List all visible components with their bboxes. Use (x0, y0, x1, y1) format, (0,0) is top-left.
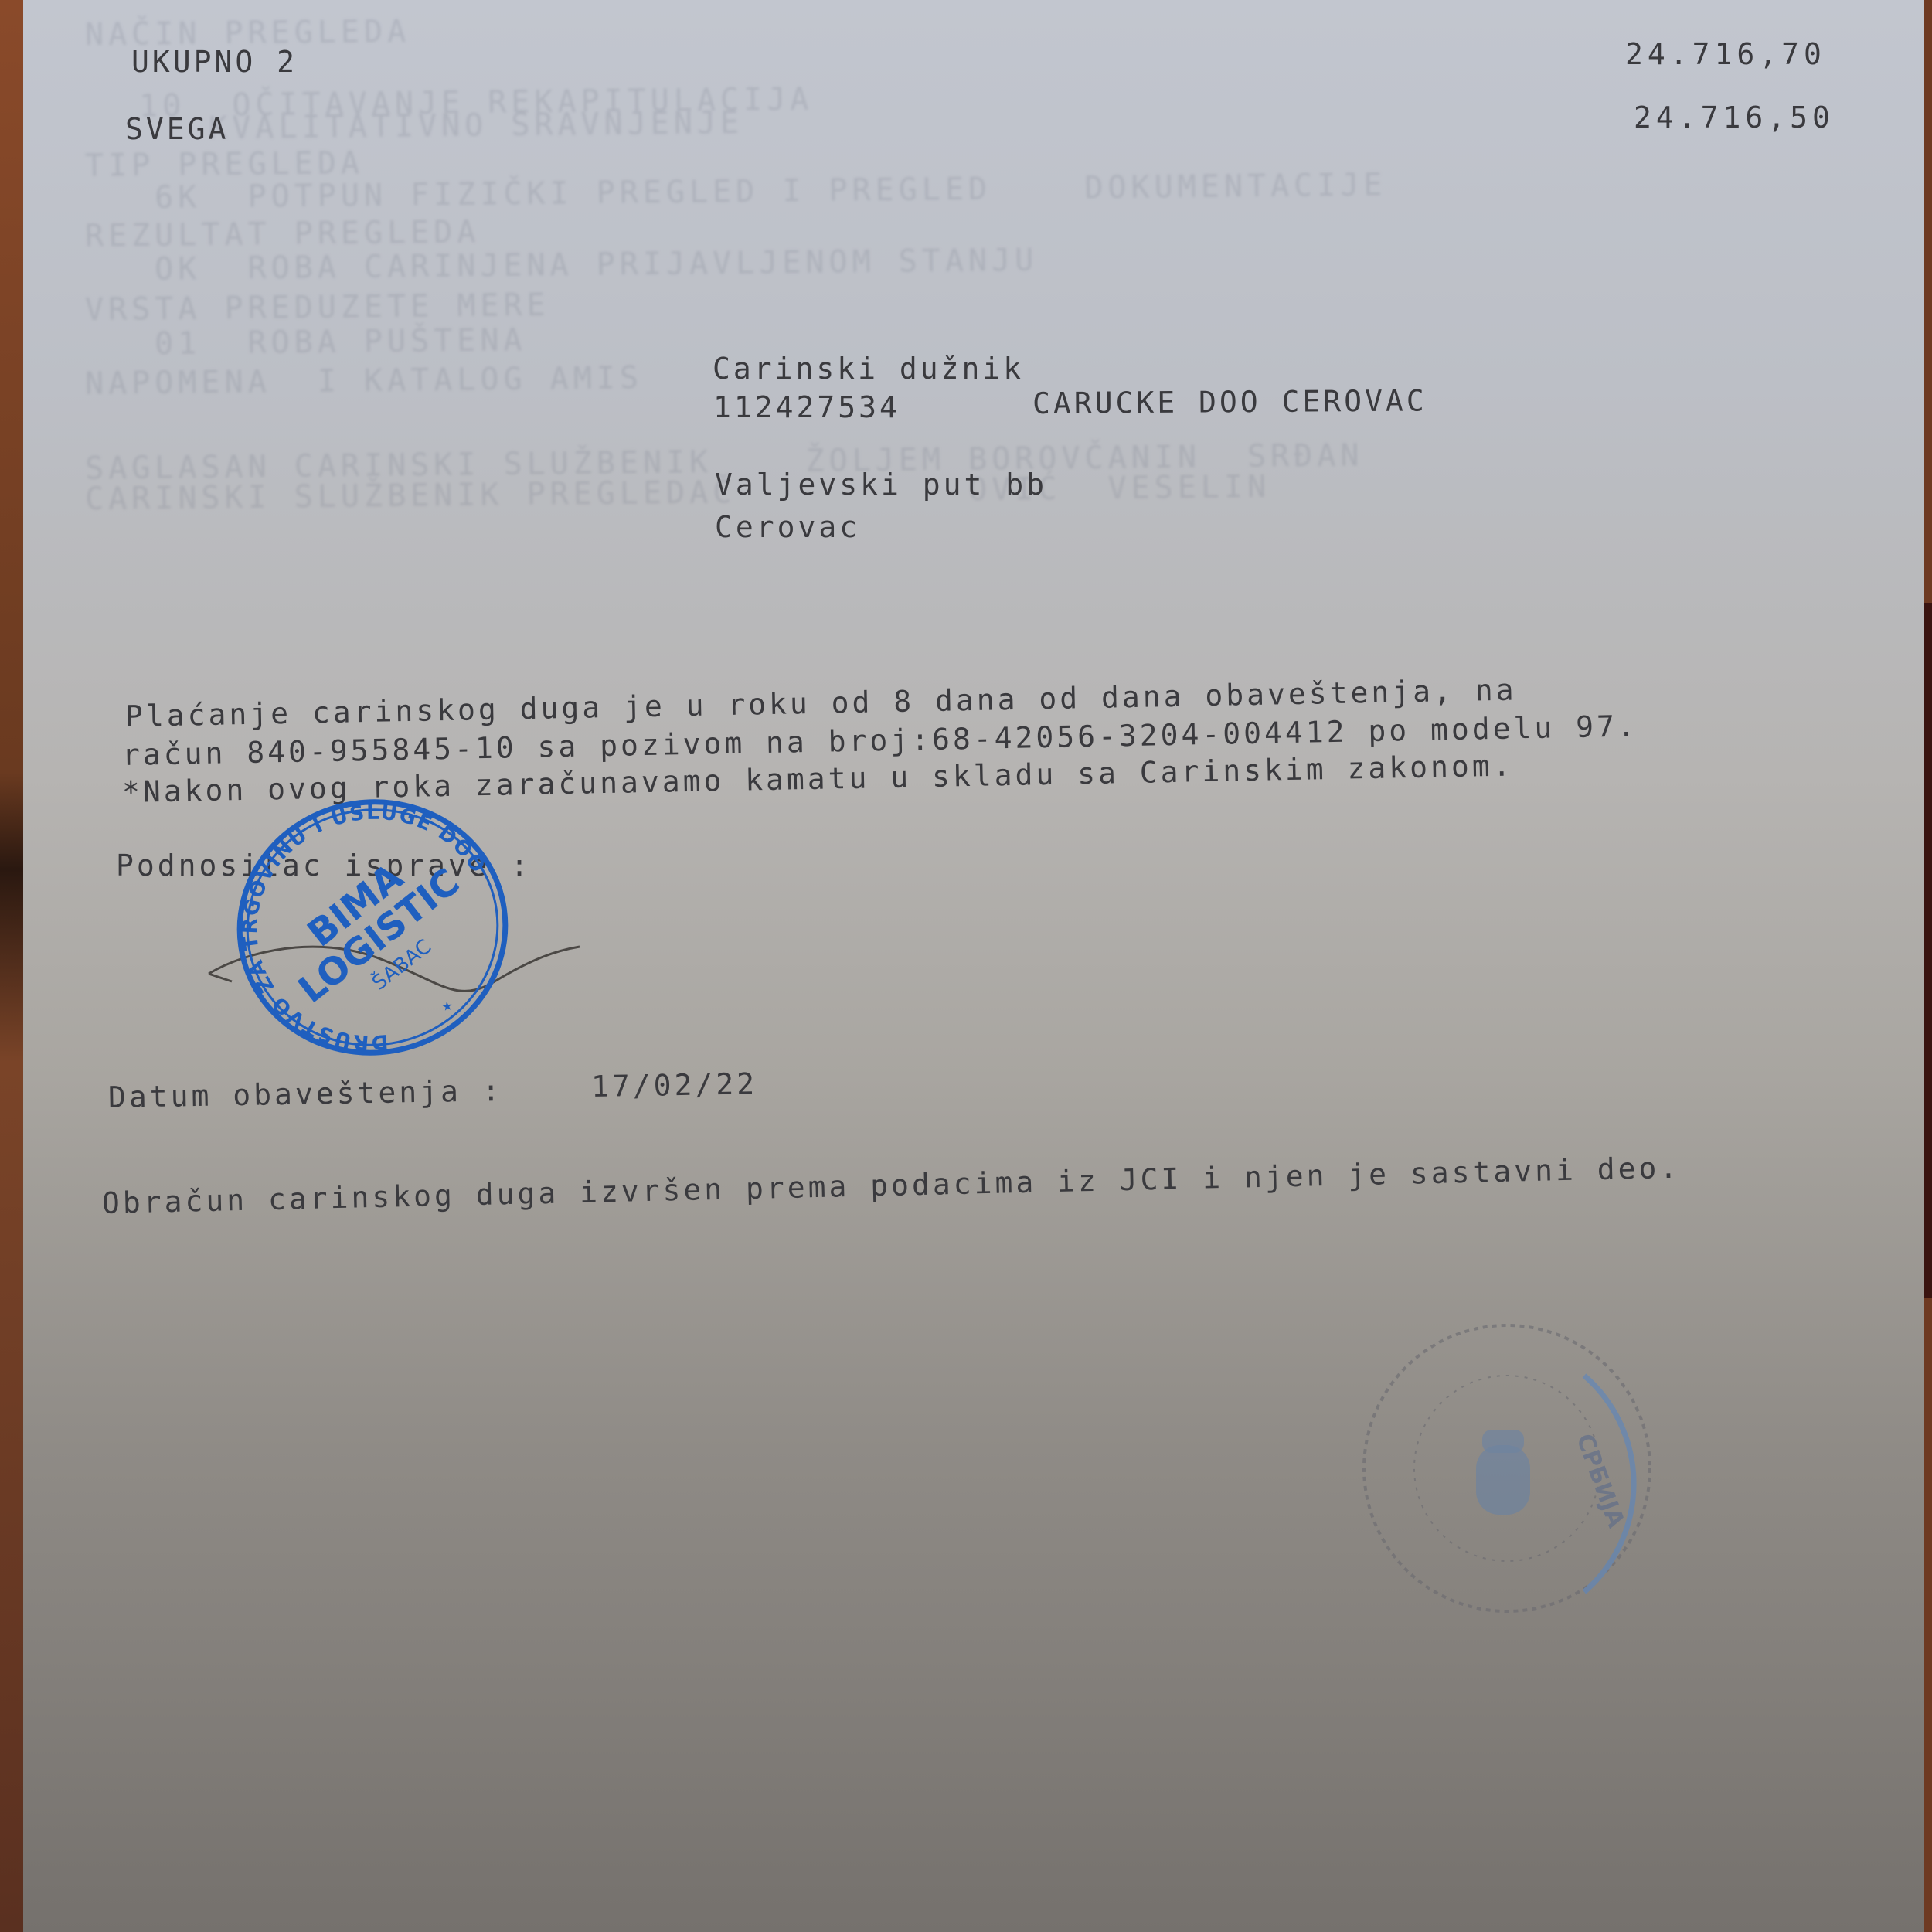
debtor-address-city: Cerovac (715, 510, 860, 544)
show-through-text: KVALITATIVNO SRAVNJENJE (139, 105, 744, 147)
notice-date-value: 17/02/22 (591, 1066, 758, 1104)
footer-statement: Obračun carinskog duga izvršen prema pod… (102, 1151, 1681, 1220)
company-stamp: DRUŠTVO ZA TRGOVINU I USLUGE DOO BIMA LO… (216, 778, 529, 1077)
gov-stamp-text: СРБИЈА (1570, 1430, 1629, 1532)
ukupno-label: UKUPNO 2 (131, 45, 298, 79)
government-stamp: СРБИЈА (1352, 1314, 1677, 1638)
paper-sheet: NAČIN PREGLEDA 10 OČITAVANJE REKAPITULAC… (23, 0, 1924, 1932)
coat-of-arms-icon (1476, 1430, 1530, 1515)
debtor-name: CARUCKE DOO CEROVAC (1032, 383, 1427, 420)
svega-amount: 24.716,50 (1634, 100, 1835, 134)
debtor-heading: Carinski dužnik (713, 352, 1024, 386)
show-through-text: REZULTAT PREGLEDA (85, 214, 481, 253)
notice-date-label: Datum obaveštenja : (108, 1073, 503, 1114)
show-through-text: NAPOMENA I KATALOG AMIS (85, 360, 643, 402)
svega-label: SVEGA (125, 112, 229, 146)
debtor-address-street: Valjevski put bb (715, 468, 1047, 502)
ukupno-amount: 24.716,70 (1625, 37, 1826, 71)
show-through-text: VRSTA PREDUZETE MERE (85, 287, 550, 328)
debtor-id: 112427534 (713, 390, 900, 424)
star-icon: ★ (440, 995, 454, 1016)
show-through-text: 01 ROBA PUŠTENA (108, 322, 527, 362)
